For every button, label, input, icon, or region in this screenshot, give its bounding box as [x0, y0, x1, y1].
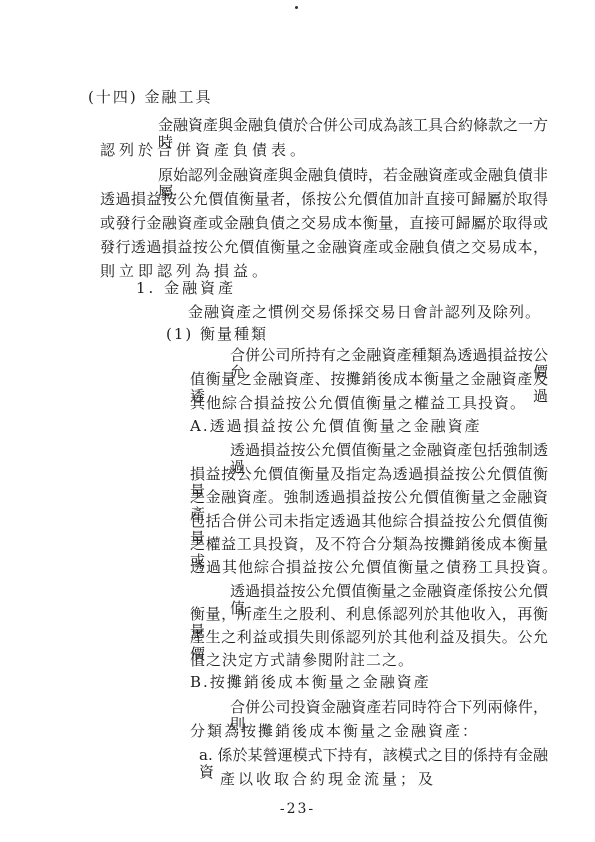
text-line: 分類為按攤銷後成本衡量之金融資產：: [190, 723, 479, 740]
text-line: 值之決定方式請參閱附註二之。: [190, 652, 414, 669]
text-line: 透過損益按公允價值衡量者，係按公允價值加計直接可歸屬於取得: [100, 191, 548, 208]
text-line: 產以收取合約現金流量；及: [220, 771, 436, 788]
text-line: 透過其他綜合損益按公允價值衡量之債務工具投資。: [190, 559, 558, 576]
scanned-document-page: (十四) 金融工具 金融資產與金融負債於合併公司成為該工具合約條款之一方時 認列…: [0, 0, 595, 842]
text-line: 則立即認列為損益。: [100, 263, 271, 280]
section-heading-financial-instruments: (十四) 金融工具: [88, 89, 212, 106]
text-line: 或發行金融資產或金融負債之交易成本衡量，直接可歸屬於取得或: [100, 215, 548, 232]
list-heading-A-fvtpl-assets: A.透過損益按公允價值衡量之金融資產: [190, 418, 482, 435]
list-heading-1-measurement-categories: (1) 衡量種類: [166, 326, 268, 343]
text-line: 其他綜合損益按公允價值衡量之權益工具投資。: [190, 395, 526, 412]
page-number: -23-: [0, 801, 595, 817]
text-line: 認列於合併資產負債表。: [100, 142, 309, 159]
text-line: 發行透過損益按公允價值衡量之金融資產或金融負債之交易成本，: [100, 239, 548, 256]
list-heading-1-financial-assets: 1. 金融資產: [136, 280, 236, 297]
text-line: 金融資產之慣例交易係採交易日會計認列及除列。: [188, 304, 540, 321]
scan-artifact-dot: [295, 6, 298, 9]
list-heading-B-amortized-cost-assets: B.按攤銷後成本衡量之金融資產: [190, 674, 431, 691]
